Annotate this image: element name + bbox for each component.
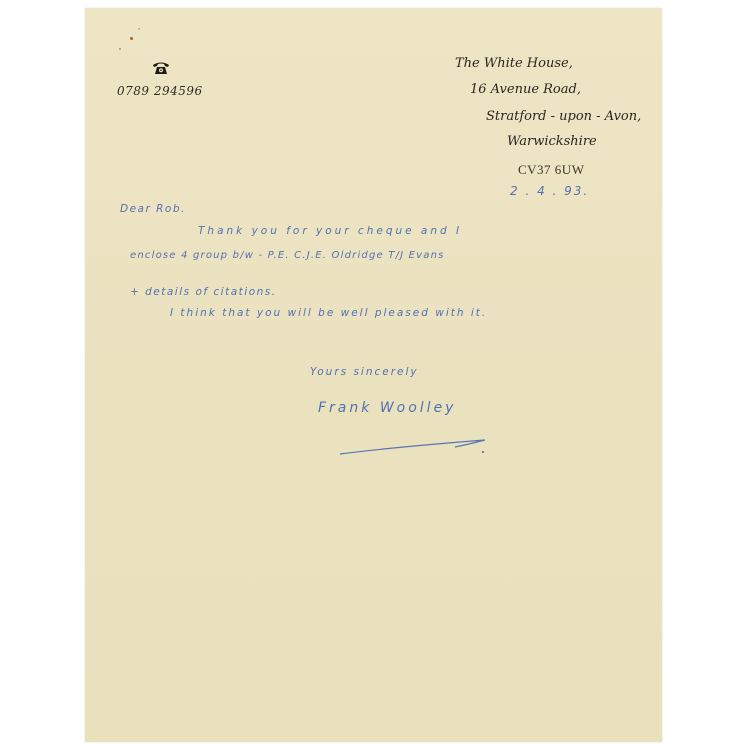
body-line-3: + details of citations. — [130, 286, 277, 298]
address-line-2: 16 Avenue Road, — [470, 82, 581, 97]
body-line-2: enclose 4 group b/w - P.E. C.J.E. Oldrid… — [130, 250, 445, 261]
postcode: CV37 6UW — [518, 162, 584, 178]
body-line-1: Thank you for your cheque and I — [198, 225, 462, 237]
signature-underline — [335, 432, 495, 462]
phone-number: 0789 294596 — [117, 84, 203, 98]
body-line-4: I think that you will be well pleased wi… — [170, 307, 487, 319]
signature: Frank Woolley — [318, 400, 456, 416]
closing: Yours sincerely — [310, 366, 419, 378]
address-line-1: The White House, — [455, 56, 573, 71]
address-line-4: Warwickshire — [507, 134, 597, 149]
address-line-3: Stratford - upon - Avon, — [486, 109, 641, 124]
telephone-icon — [152, 61, 170, 75]
stain-mark — [138, 28, 140, 30]
salutation: Dear Rob. — [120, 203, 186, 215]
stain-mark — [130, 37, 133, 40]
stain-mark — [119, 48, 121, 50]
letter-date: 2 . 4 . 93. — [510, 184, 589, 198]
